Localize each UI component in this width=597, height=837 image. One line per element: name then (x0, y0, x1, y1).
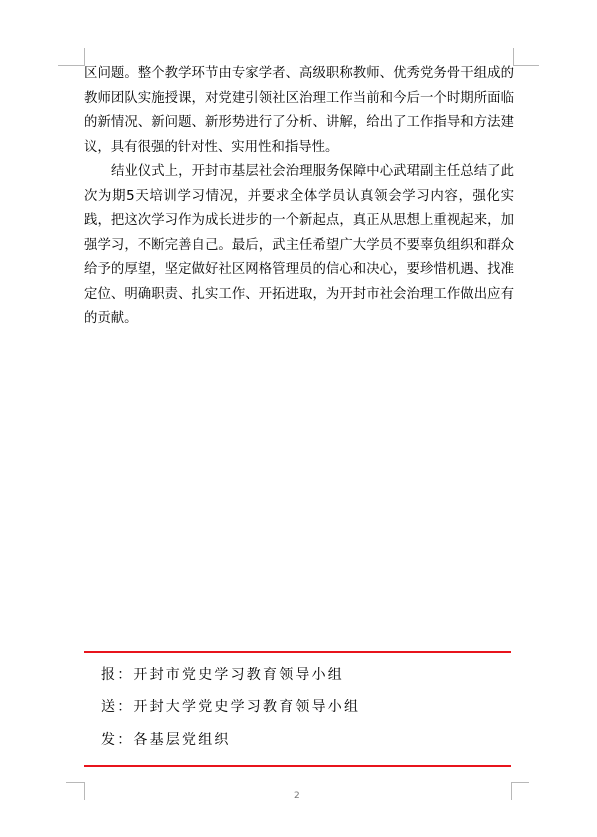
page-number: 2 (294, 791, 300, 801)
distribution-report-to: 报：开封市党史学习教育领导小组 (101, 664, 344, 684)
document-body: 区问题。整个教学环节由专家学者、高级职称教师、优秀党务骨干组成的教师团队实施授课… (84, 62, 514, 332)
distribution-top-rule (84, 651, 511, 653)
distribution-send-to: 送：开封大学党史学习教育领导小组 (101, 696, 360, 716)
corner-mark-bottom-left-h (66, 782, 85, 783)
corner-mark-bottom-right-h (511, 782, 529, 783)
paragraph-2: 结业仪式上，开封市基层社会治理服务保障中心武珺副主任总结了此次为期5天培训学习情… (84, 160, 514, 332)
distribution-bottom-rule (84, 765, 511, 767)
corner-mark-top-right-h (513, 65, 539, 66)
corner-mark-bottom-right-v (511, 782, 512, 800)
corner-mark-top-left-h (58, 65, 85, 66)
corner-mark-bottom-left-v (84, 782, 85, 800)
paragraph-1: 区问题。整个教学环节由专家学者、高级职称教师、优秀党务骨干组成的教师团队实施授课… (84, 62, 514, 160)
distribution-issue-to: 发：各基层党组织 (101, 729, 231, 749)
